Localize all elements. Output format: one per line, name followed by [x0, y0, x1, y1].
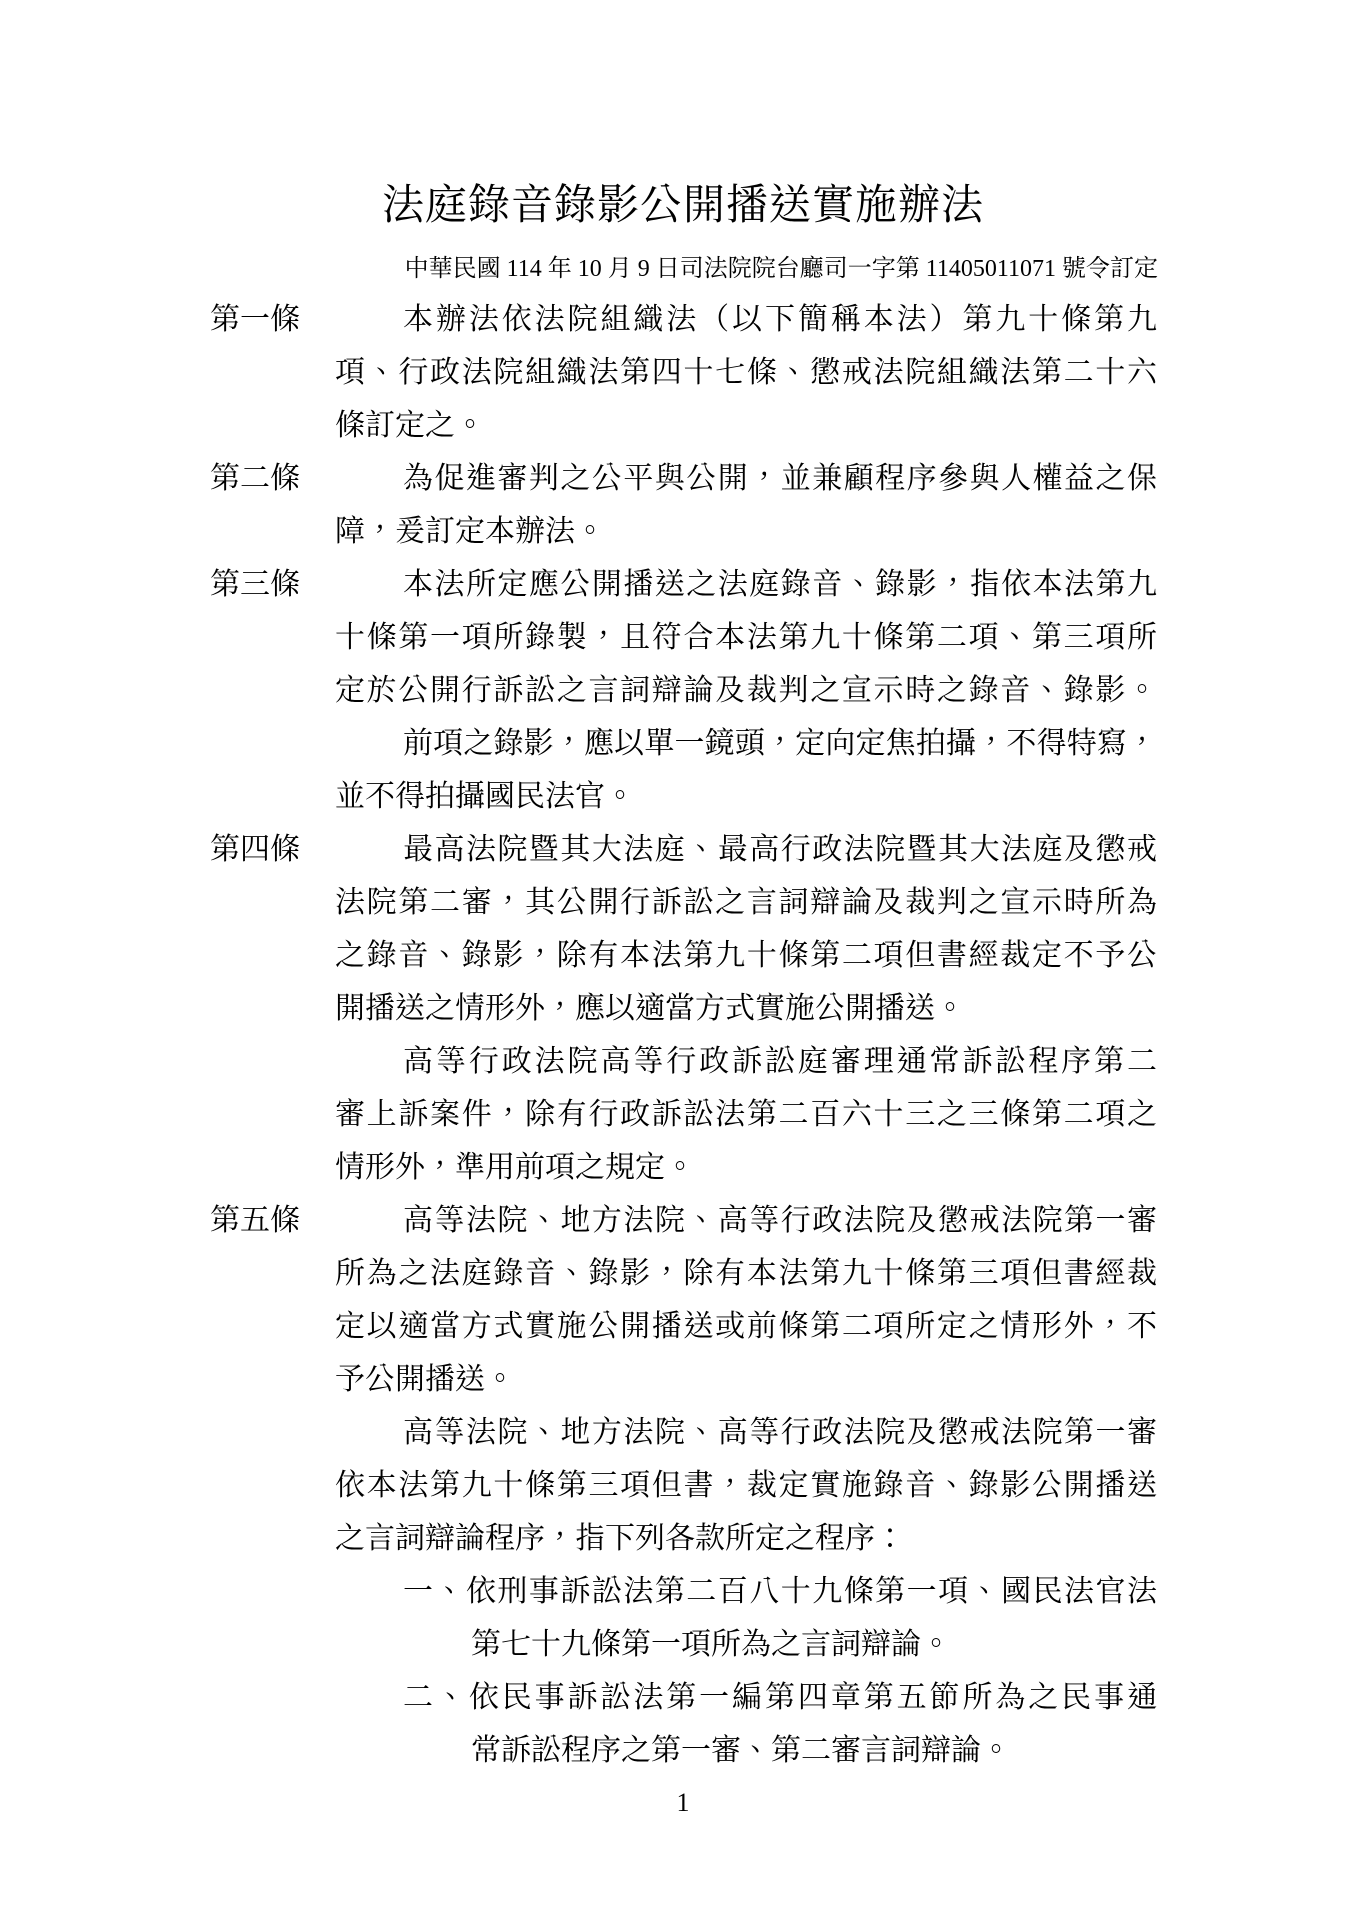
text-line: 高等法院、地方法院、高等行政法院及懲戒法院第一審: [335, 1406, 1157, 1459]
text-line: 之錄音、錄影，除有本法第九十條第二項但書經裁定不予公: [335, 929, 1157, 982]
article: 第四條最高法院暨其大法庭、最高行政法院暨其大法庭及懲戒法院第二審，其公開行訴訟之…: [210, 823, 1157, 1194]
text-line: 一、依刑事訴訟法第二百八十九條第一項、國民法官法: [335, 1565, 1157, 1618]
article-body: 本法所定應公開播送之法庭錄音、錄影，指依本法第九十條第一項所錄製，且符合本法第九…: [335, 558, 1157, 823]
text-line: 高等法院、地方法院、高等行政法院及懲戒法院第一審: [335, 1194, 1157, 1247]
article-number: 第一條: [210, 293, 300, 346]
text-line: 常訴訟程序之第一審、第二審言詞辯論。: [335, 1724, 1157, 1777]
text-line: 本辦法依法院組織法（以下簡稱本法）第九十條第九: [335, 293, 1157, 346]
paragraph: 最高法院暨其大法庭、最高行政法院暨其大法庭及懲戒法院第二審，其公開行訴訟之言詞辯…: [335, 823, 1157, 1035]
text-line: 予公開播送。: [335, 1353, 1157, 1406]
text-line: 審上訴案件，除有行政訴訟法第二百六十三之三條第二項之: [335, 1088, 1157, 1141]
article: 第二條為促進審判之公平與公開，並兼顧程序參與人權益之保障，爰訂定本辦法。: [210, 452, 1157, 558]
text-line: 定以適當方式實施公開播送或前條第二項所定之情形外，不: [335, 1300, 1157, 1353]
list-item: 二、依民事訴訟法第一編第四章第五節所為之民事通常訴訟程序之第一審、第二審言詞辯論…: [335, 1671, 1157, 1777]
text-line: 高等行政法院高等行政訴訟庭審理通常訴訟程序第二: [335, 1035, 1157, 1088]
text-line: 最高法院暨其大法庭、最高行政法院暨其大法庭及懲戒: [335, 823, 1157, 876]
paragraph: 高等行政法院高等行政訴訟庭審理通常訴訟程序第二審上訴案件，除有行政訴訟法第二百六…: [335, 1035, 1157, 1194]
text-line: 第七十九條第一項所為之言詞辯論。: [335, 1618, 1157, 1671]
page-number: 1: [0, 1786, 1366, 1820]
article-body: 最高法院暨其大法庭、最高行政法院暨其大法庭及懲戒法院第二審，其公開行訴訟之言詞辯…: [335, 823, 1157, 1194]
paragraph: 高等法院、地方法院、高等行政法院及懲戒法院第一審所為之法庭錄音、錄影，除有本法第…: [335, 1194, 1157, 1406]
article: 第一條本辦法依法院組織法（以下簡稱本法）第九十條第九項、行政法院組織法第四十七條…: [210, 293, 1157, 452]
text-line: 情形外，準用前項之規定。: [335, 1141, 1157, 1194]
article-number: 第三條: [210, 558, 300, 611]
text-line: 項、行政法院組織法第四十七條、懲戒法院組織法第二十六: [335, 346, 1157, 399]
article: 第三條本法所定應公開播送之法庭錄音、錄影，指依本法第九十條第一項所錄製，且符合本…: [210, 558, 1157, 823]
article-body: 為促進審判之公平與公開，並兼顧程序參與人權益之保障，爰訂定本辦法。: [335, 452, 1157, 558]
text-line: 並不得拍攝國民法官。: [335, 770, 1157, 823]
text-line: 前項之錄影，應以單一鏡頭，定向定焦拍攝，不得特寫，: [335, 717, 1157, 770]
text-line: 開播送之情形外，應以適當方式實施公開播送。: [335, 982, 1157, 1035]
paragraph: 前項之錄影，應以單一鏡頭，定向定焦拍攝，不得特寫，並不得拍攝國民法官。: [335, 717, 1157, 823]
paragraph: 本辦法依法院組織法（以下簡稱本法）第九十條第九項、行政法院組織法第四十七條、懲戒…: [335, 293, 1157, 452]
text-line: 二、依民事訴訟法第一編第四章第五節所為之民事通: [335, 1671, 1157, 1724]
text-line: 十條第一項所錄製，且符合本法第九十條第二項、第三項所: [335, 611, 1157, 664]
article-number: 第二條: [210, 452, 300, 505]
paragraph: 為促進審判之公平與公開，並兼顧程序參與人權益之保障，爰訂定本辦法。: [335, 452, 1157, 558]
article-number: 第四條: [210, 823, 300, 876]
text-line: 本法所定應公開播送之法庭錄音、錄影，指依本法第九: [335, 558, 1157, 611]
document-title: 法庭錄音錄影公開播送實施辦法: [0, 180, 1366, 232]
text-line: 所為之法庭錄音、錄影，除有本法第九十條第三項但書經裁: [335, 1247, 1157, 1300]
promulgation-line: 中華民國 114 年 10 月 9 日司法院院台廳司一字第 1140501107…: [210, 252, 1158, 286]
document-page: 法庭錄音錄影公開播送實施辦法 中華民國 114 年 10 月 9 日司法院院台廳…: [0, 0, 1366, 1931]
article-number: 第五條: [210, 1194, 300, 1247]
text-line: 為促進審判之公平與公開，並兼顧程序參與人權益之保: [335, 452, 1157, 505]
text-line: 之言詞辯論程序，指下列各款所定之程序：: [335, 1512, 1157, 1565]
paragraph: 本法所定應公開播送之法庭錄音、錄影，指依本法第九十條第一項所錄製，且符合本法第九…: [335, 558, 1157, 717]
articles: 第一條本辦法依法院組織法（以下簡稱本法）第九十條第九項、行政法院組織法第四十七條…: [210, 293, 1157, 1777]
text-line: 定於公開行訴訟之言詞辯論及裁判之宣示時之錄音、錄影。: [335, 664, 1157, 717]
text-line: 條訂定之。: [335, 399, 1157, 452]
text-line: 依本法第九十條第三項但書，裁定實施錄音、錄影公開播送: [335, 1459, 1157, 1512]
list-item: 一、依刑事訴訟法第二百八十九條第一項、國民法官法第七十九條第一項所為之言詞辯論。: [335, 1565, 1157, 1671]
article-body: 高等法院、地方法院、高等行政法院及懲戒法院第一審所為之法庭錄音、錄影，除有本法第…: [335, 1194, 1157, 1777]
text-line: 法院第二審，其公開行訴訟之言詞辯論及裁判之宣示時所為: [335, 876, 1157, 929]
text-line: 障，爰訂定本辦法。: [335, 505, 1157, 558]
article-body: 本辦法依法院組織法（以下簡稱本法）第九十條第九項、行政法院組織法第四十七條、懲戒…: [335, 293, 1157, 452]
paragraph: 高等法院、地方法院、高等行政法院及懲戒法院第一審依本法第九十條第三項但書，裁定實…: [335, 1406, 1157, 1565]
article: 第五條高等法院、地方法院、高等行政法院及懲戒法院第一審所為之法庭錄音、錄影，除有…: [210, 1194, 1157, 1777]
